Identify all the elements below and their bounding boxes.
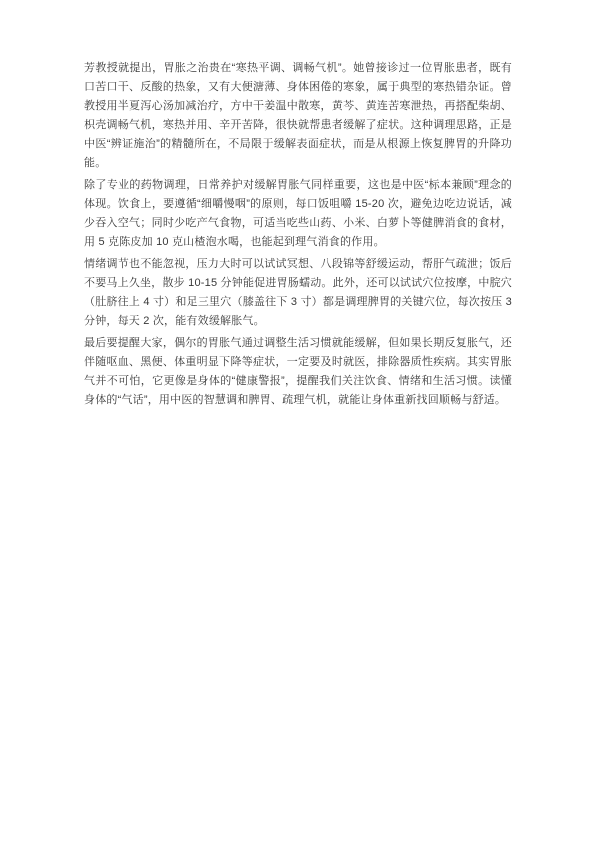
- document-text-body: 芳教授就提出，胃胀之治贵在“寒热平调、调畅气机”。她曾接诊过一位胃胀患者，既有口…: [84, 59, 512, 410]
- paragraph-1: 芳教授就提出，胃胀之治贵在“寒热平调、调畅气机”。她曾接诊过一位胃胀患者，既有口…: [84, 59, 512, 173]
- document-page: 芳教授就提出，胃胀之治贵在“寒热平调、调畅气机”。她曾接诊过一位胃胀患者，既有口…: [0, 0, 595, 842]
- paragraph-2: 除了专业的药物调理，日常养护对缓解胃胀气同样重要，这也是中医“标本兼顾”理念的体…: [84, 176, 512, 252]
- paragraph-4: 最后要提醒大家，偶尔的胃胀气通过调整生活习惯就能缓解，但如果长期反复胀气，还伴随…: [84, 334, 512, 410]
- paragraph-3: 情绪调节也不能忽视，压力大时可以试试冥想、八段锦等舒缓运动，帮肝气疏泄；饭后不要…: [84, 255, 512, 331]
